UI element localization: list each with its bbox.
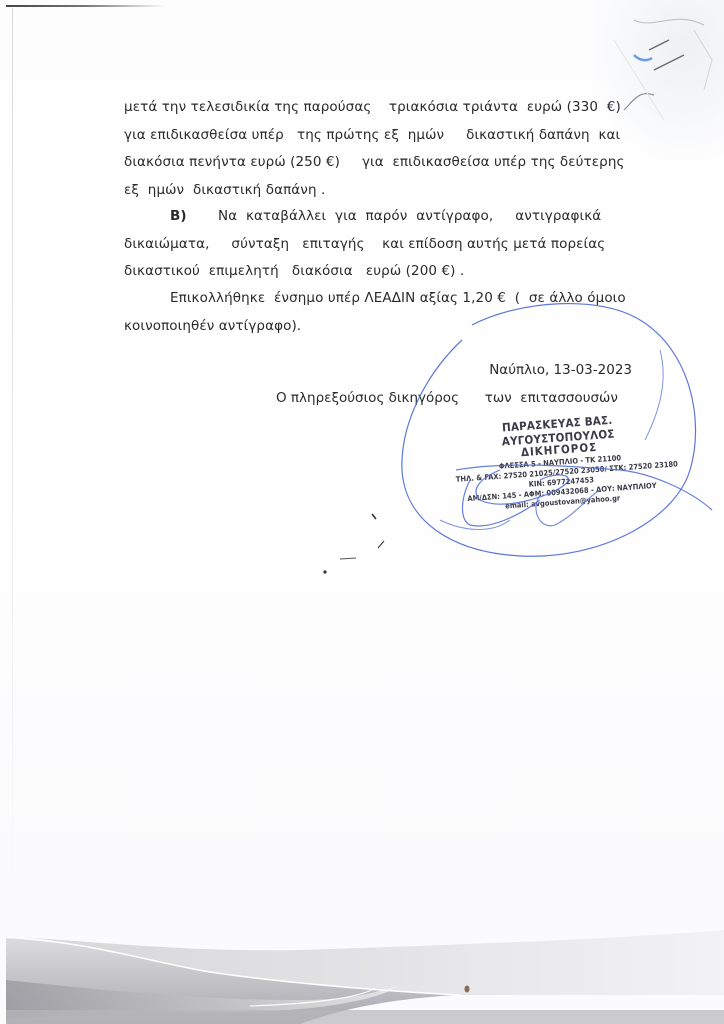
paragraph-b: Β)Να καταβάλλει για παρόν αντίγραφο, αντ… [124,203,632,286]
scanned-page: μετά την τελεσιδικία της παρούσας τριακό… [0,0,724,1024]
page-curl-shadow [0,900,724,1024]
paragraph-costs: μετά την τελεσιδικία της παρούσας τριακό… [124,94,632,204]
scan-top-edge [6,5,166,7]
scan-left-edge [12,8,13,908]
text-line: Β)Να καταβάλλει για παρόν αντίγραφο, αντ… [124,203,632,231]
place-date: Ναύπλιο, 13-03-2023 [260,362,632,378]
text-line: δικαιώματα, σύνταξη επιταγής και επίδοση… [124,231,632,259]
text-line: για επιδικασθείσα υπέρ της πρώτης εξ ημώ… [124,122,632,150]
text-line: δικαστικού επιμελητή διακόσια ευρώ (200 … [124,258,632,286]
text-line: κοινοποιηθέν αντίγραφο). [124,313,632,341]
paragraph-stamp-note: Επικολλήθηκε ένσημο υπέρ ΛΕΑΔΙΝ αξίας 1,… [124,285,632,340]
text-line-content: Να καταβάλλει για παρόν αντίγραφο, αντιγ… [218,208,601,224]
signatory-line: Ο πληρεξούσιος δικηγόρος των επιτασσουσώ… [276,390,636,406]
text-line: εξ ημών δικαστική δαπάνη . [124,177,632,205]
text-line: διακόσια πενήντα ευρώ (250 €) για επιδικ… [124,149,632,177]
lawyer-stamp: ΠΑΡΑΣΚΕΥΑΣ ΒΑΣ. ΑΥΓΟΥΣΤΟΠΟΥΛΟΣ ΔΙΚΗΓΟΡΟΣ… [452,409,668,513]
text-line: μετά την τελεσιδικία της παρούσας τριακό… [124,94,632,122]
text-line: Επικολλήθηκε ένσημο υπέρ ΛΕΑΔΙΝ αξίας 1,… [124,285,632,313]
paragraph-label: Β) [170,203,218,231]
